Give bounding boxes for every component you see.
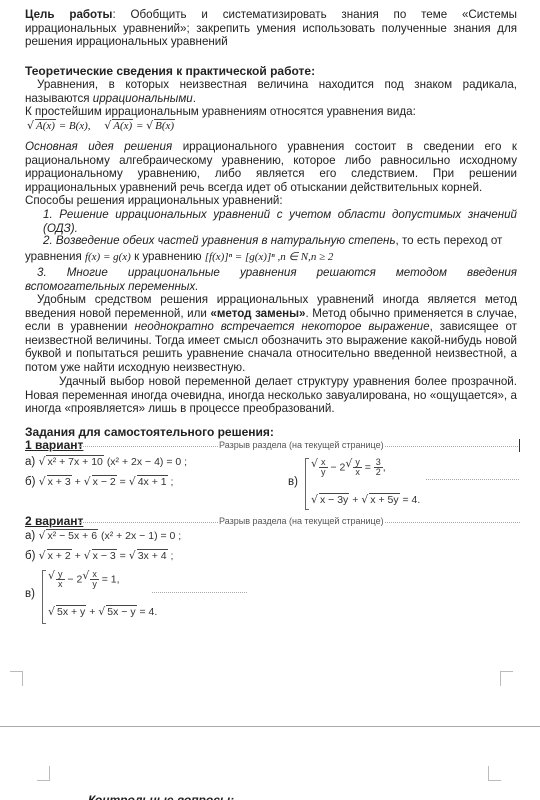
radicand: x − 2 [92, 475, 117, 488]
substitution-method: «метод замены» [210, 307, 305, 320]
variant-2-task-c-label: в) [25, 588, 35, 600]
radicand: A(x) [35, 119, 56, 132]
goal-label: Цель работы [25, 8, 112, 21]
simple-equations-formula: A(x) = B(x), A(x) = B(x) [27, 120, 175, 132]
methods-intro: Способы решения иррациональных уравнений… [25, 194, 517, 208]
label: б) [25, 550, 35, 562]
radicand: x + 3 [47, 475, 72, 488]
text: = [362, 461, 374, 473]
text: уравнения [25, 250, 85, 263]
method-2: 2. Возведение обеих частей уравнения в н… [43, 234, 517, 248]
radicand: x − 3y [319, 493, 349, 506]
theory-paragraph-2: К простейшим иррациональным уравнениям о… [25, 105, 517, 119]
radicand: x² − 5x + 6 [46, 529, 98, 542]
label: а) [25, 456, 35, 468]
next-page-heading: Контрольные вопросы: [88, 793, 234, 800]
text: − 2 [65, 573, 83, 585]
label: б) [25, 476, 35, 488]
theory-paragraph-3: Основная идея решения иррационального ур… [25, 140, 517, 194]
variant-2-title: 2 вариант [25, 514, 83, 528]
page-corner-mark [37, 766, 50, 781]
radicand: x − 3 [92, 549, 117, 562]
text: − 2 [328, 461, 346, 473]
variant-1-task-b: б) x + 3 + x − 2 = 4x + 1 ; [25, 476, 173, 488]
text: (x² + 2x − 1) = 0 ; [101, 530, 181, 542]
key-idea: Основная идея решения [25, 140, 172, 153]
theory-paragraph-1: Уравнения, в которых неизвестная величин… [25, 78, 517, 105]
text: = [117, 476, 129, 488]
radicand: 5x + y [56, 605, 86, 618]
label: а) [25, 530, 35, 542]
text: , то есть переход от [396, 234, 503, 247]
text: = B(x), [56, 120, 91, 132]
formula: f(x) = g(x) [85, 251, 131, 263]
variant-1-task-c-line-1: xy − 2yx = 32, [311, 458, 386, 477]
section-break-label: Разрыв раздела (на текущей странице) [218, 440, 385, 450]
theory-paragraph-5: Удобным средством решения иррациональных… [25, 293, 517, 375]
text: = 4. [400, 494, 421, 506]
denominator: x [58, 580, 63, 589]
method-2-formula-line: уравнения f(x) = g(x) к уравнению [f(x)]… [25, 250, 517, 265]
radicand: A(x) [112, 119, 133, 132]
tasks-heading: Задания для самостоятельного решения: [25, 425, 274, 439]
system-brace [305, 458, 309, 510]
variant-1-task-a: а) x² + 7x + 10 (x² + 2x − 4) = 0 ; [25, 456, 187, 468]
denominator: 2 [376, 468, 381, 477]
radicand: 3x + 4 [137, 549, 168, 562]
text: , [383, 461, 386, 473]
page-separator [0, 726, 540, 727]
variant-1-task-c-line-2: x − 3y + x + 5y = 4. [311, 494, 420, 506]
page-corner-mark [488, 766, 501, 781]
denominator: x [355, 468, 360, 477]
text: + [72, 476, 84, 488]
text: (x² + 2x − 4) = 0 ; [107, 456, 187, 468]
paragraph-mark-line [152, 592, 247, 593]
formula: [f(x)]ⁿ = [g(x)]ⁿ ,n ∈ N,n ≥ 2 [205, 251, 334, 263]
radicand: B(x) [154, 119, 175, 132]
text: = [117, 550, 129, 562]
text: = 1, [99, 573, 120, 585]
paragraph-mark-line [426, 479, 519, 480]
radicand: x² + 7x + 10 [46, 455, 103, 468]
text-cursor [519, 439, 520, 452]
page-corner-mark [10, 671, 23, 686]
text: = 4. [137, 606, 158, 618]
text: = [133, 120, 146, 132]
text: ; [168, 550, 174, 562]
text: ; [168, 476, 174, 488]
variant-2-task-c-line-2: 5x + y + 5x − y = 4. [48, 606, 157, 618]
denominator: y [92, 580, 97, 589]
variant-2-task-c-line-1: yx − 2xy = 1, [48, 570, 120, 589]
denominator: y [321, 468, 326, 477]
emphasis: неоднократно встречается некоторое выраж… [134, 320, 429, 333]
theory-heading: Теоретические сведения к практической ра… [25, 64, 315, 78]
variant-2-task-a: а) x² − 5x + 6 (x² + 2x − 1) = 0 ; [25, 530, 181, 542]
variant-1-title: 1 вариант [25, 438, 83, 452]
variant-2-task-b: б) x + 2 + x − 3 = 3x + 4 ; [25, 550, 173, 562]
text: + [72, 550, 84, 562]
page-corner-mark [500, 671, 513, 686]
radicand: x + 2 [47, 549, 72, 562]
text: . [193, 92, 196, 105]
section-break-label: Разрыв раздела (на текущей странице) [218, 516, 385, 526]
theory-paragraph-6: Удачный выбор новой переменной делает ст… [25, 375, 517, 416]
radicand: 5x − y [106, 605, 136, 618]
method-2-title: 2. Возведение обеих частей уравнения в н… [43, 234, 396, 247]
method-3: 3. Многие иррациональные уравнения решаю… [25, 266, 517, 293]
text: к уравнению [131, 250, 205, 263]
radicand: x + 5y [369, 493, 399, 506]
method-1: 1. Решение иррациональных уравнений с уч… [43, 208, 517, 235]
system-brace [42, 570, 46, 624]
term-irrational: иррациональными [93, 92, 193, 105]
variant-1-task-c-label: в) [288, 476, 298, 488]
radicand: 4x + 1 [137, 475, 168, 488]
goal-paragraph: Цель работы: Обобщить и систематизироват… [25, 8, 517, 49]
